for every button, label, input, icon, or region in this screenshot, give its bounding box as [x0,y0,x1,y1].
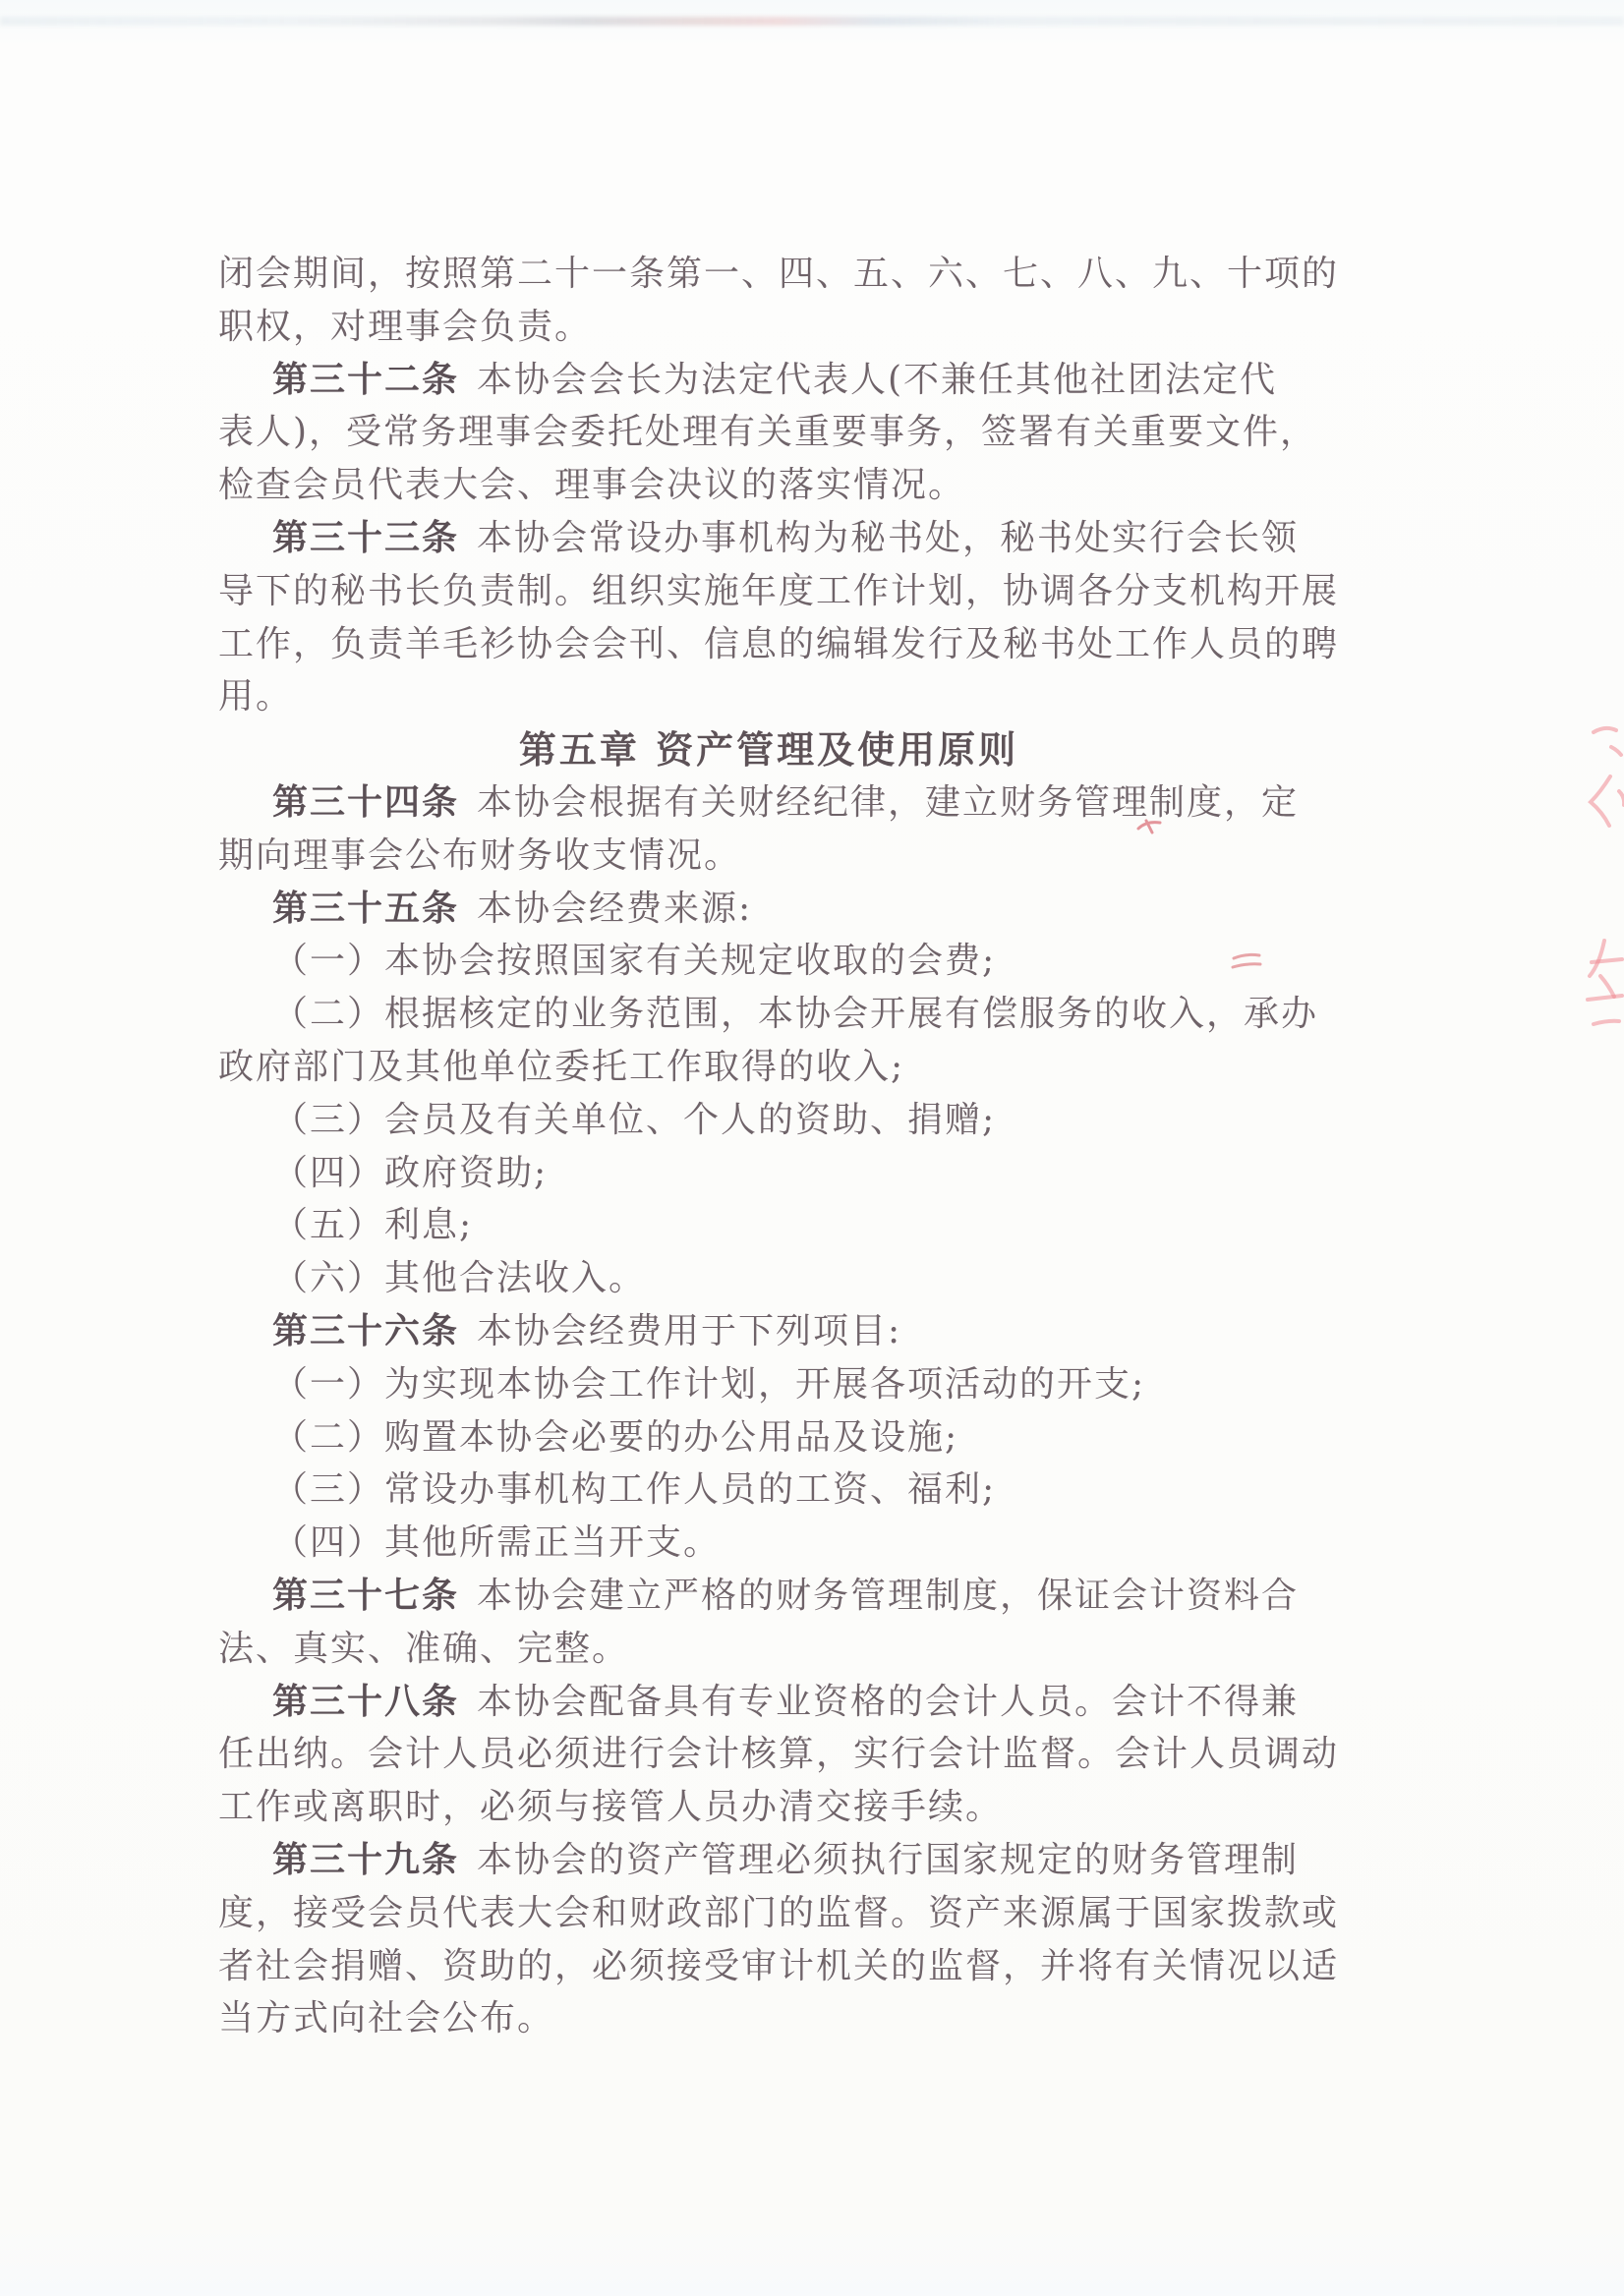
line-text: 本协会经费用于下列项目: [477,1311,901,1351]
line-text: 表人)，受常务理事会委托处理有关重要事务，签署有关重要文件， [218,412,1317,452]
text-line: 期向理事会公布财务收支情况。 [218,830,1378,883]
line-text: 者社会捐赠、资助的，必须接受审计机关的监督，并将有关情况以适 [218,1946,1339,1986]
text-line: （二）购置本协会必要的办公用品及设施; [218,1411,1378,1464]
line-text: 本协会会长为法定代表人(不兼任其他社团法定代 [477,360,1277,400]
text-line: 闭会期间，按照第二十一条第一、四、五、六、七、八、九、十项的 [218,248,1378,301]
article-number: 第三十九条 [272,1839,459,1880]
article-number: 第三十五条 [272,888,459,929]
article-number: 第三十六条 [272,1310,459,1351]
scanned-page: 闭会期间，按照第二十一条第一、四、五、六、七、八、九、十项的职权，对理事会负责。… [0,0,1624,2296]
scan-edge-artifact [0,17,1624,26]
text-line: 导下的秘书长负责制。组织实施年度工作计划，协调各分支机构开展 [218,565,1378,618]
text-line: 第三十六条本协会经费用于下列项目: [218,1305,1378,1358]
line-text: 本协会经费来源: [477,889,752,929]
line-text: 任出纳。会计人员必须进行会计核算，实行会计监督。会计人员调动 [218,1734,1339,1774]
text-line: 者社会捐赠、资助的，必须接受审计机关的监督，并将有关情况以适 [218,1940,1378,1993]
text-line: 第三十四条本协会根据有关财经纪律，建立财务管理制度，定 [218,776,1378,830]
line-text: （二）根据核定的业务范围，本协会开展有偿服务的收入，承办 [272,994,1318,1034]
text-line: 检查会员代表大会、理事会决议的落实情况。 [218,459,1378,512]
line-text: 导下的秘书长负责制。组织实施年度工作计划，协调各分支机构开展 [218,571,1339,611]
line-text: 政府部门及其他单位委托工作取得的收入; [218,1047,904,1087]
line-text: 闭会期间，按照第二十一条第一、四、五、六、七、八、九、十项的 [218,254,1339,294]
line-text: 当方式向社会公布。 [218,1998,554,2038]
text-line: 工作或离职时，必须与接管人员办清交接手续。 [218,1781,1378,1834]
article-number: 第三十七条 [272,1575,459,1616]
text-line: 工作，负责羊毛衫协会会刊、信息的编辑发行及秘书处工作人员的聘 [218,618,1378,671]
line-text: （四）其他所需正当开支。 [272,1522,721,1563]
line-text: 本协会配备具有专业资格的会计人员。会计不得兼 [477,1682,1299,1722]
article-number: 第三十二条 [272,359,459,400]
text-line: 用。 [218,670,1378,723]
line-text: 第五章 资产管理及使用原则 [519,727,1018,772]
line-text: 工作，负责羊毛衫协会会刊、信息的编辑发行及秘书处工作人员的聘 [218,624,1339,664]
text-line: （三）常设办事机构工作人员的工资、福利; [218,1464,1378,1517]
text-line: 度，接受会员代表大会和财政部门的监督。资产来源属于国家拨款或 [218,1887,1378,1940]
text-line: 第三十八条本协会配备具有专业资格的会计人员。会计不得兼 [218,1676,1378,1729]
line-text: 期向理事会公布财务收支情况。 [218,835,741,876]
article-number: 第三十八条 [272,1681,459,1722]
red-tick-mark-1 [1132,811,1168,840]
chapter-heading: 第五章 资产管理及使用原则 [218,723,1378,776]
line-text: 本协会建立严格的财务管理制度，保证会计资料合 [477,1576,1299,1616]
text-line: 当方式向社会公布。 [218,1992,1378,2045]
red-annotation-marks [1509,600,1624,1062]
text-line: （一）为实现本协会工作计划，开展各项活动的开支; [218,1358,1378,1411]
text-line: （四）政府资助; [218,1147,1378,1200]
line-text: 度，接受会员代表大会和财政部门的监督。资产来源属于国家拨款或 [218,1893,1339,1933]
text-line: （六）其他合法收入。 [218,1252,1378,1305]
line-text: 本协会的资产管理必须执行国家规定的财务管理制 [477,1840,1299,1880]
line-text: 职权，对理事会负责。 [218,307,592,347]
line-text: 本协会根据有关财经纪律，建立财务管理制度，定 [477,782,1299,823]
text-line: 任出纳。会计人员必须进行会计核算，实行会计监督。会计人员调动 [218,1728,1378,1781]
text-line: （一）本协会按照国家有关规定收取的会费; [218,935,1378,988]
line-text: 本协会常设办事机构为秘书处，秘书处实行会长领 [477,518,1299,558]
line-text: 用。 [218,676,293,717]
text-column: 闭会期间，按照第二十一条第一、四、五、六、七、八、九、十项的职权，对理事会负责。… [218,248,1378,2045]
text-line: （二）根据核定的业务范围，本协会开展有偿服务的收入，承办 [218,988,1378,1041]
text-line: （三）会员及有关单位、个人的资助、捐赠; [218,1094,1378,1147]
article-number: 第三十三条 [272,517,459,558]
text-line: 政府部门及其他单位委托工作取得的收入; [218,1041,1378,1094]
line-text: 检查会员代表大会、理事会决议的落实情况。 [218,465,965,505]
line-text: （五）利息; [272,1205,473,1245]
text-line: 第三十九条本协会的资产管理必须执行国家规定的财务管理制 [218,1834,1378,1887]
line-text: （三）会员及有关单位、个人的资助、捐赠; [272,1100,996,1140]
text-line: 第三十二条本协会会长为法定代表人(不兼任其他社团法定代 [218,354,1378,407]
line-text: 工作或离职时，必须与接管人员办清交接手续。 [218,1787,1003,1827]
text-line: 第三十七条本协会建立严格的财务管理制度，保证会计资料合 [218,1570,1378,1623]
text-line: （四）其他所需正当开支。 [218,1517,1378,1570]
line-text: （六）其他合法收入。 [272,1258,646,1298]
text-line: 法、真实、准确、完整。 [218,1623,1378,1676]
line-text: （三）常设办事机构工作人员的工资、福利; [272,1469,996,1510]
red-tick-mark-2 [1229,948,1266,976]
article-number: 第三十四条 [272,781,459,823]
line-text: （一）本协会按照国家有关规定收取的会费; [272,941,996,981]
line-text: （一）为实现本协会工作计划，开展各项活动的开支; [272,1364,1145,1405]
text-line: 表人)，受常务理事会委托处理有关重要事务，签署有关重要文件， [218,406,1378,459]
text-line: 第三十三条本协会常设办事机构为秘书处，秘书处实行会长领 [218,512,1378,565]
line-text: （二）购置本协会必要的办公用品及设施; [272,1417,958,1458]
text-line: 职权，对理事会负责。 [218,301,1378,354]
text-line: 第三十五条本协会经费来源: [218,883,1378,936]
text-line: （五）利息; [218,1199,1378,1252]
line-text: （四）政府资助; [272,1153,548,1193]
line-text: 法、真实、准确、完整。 [218,1629,629,1669]
